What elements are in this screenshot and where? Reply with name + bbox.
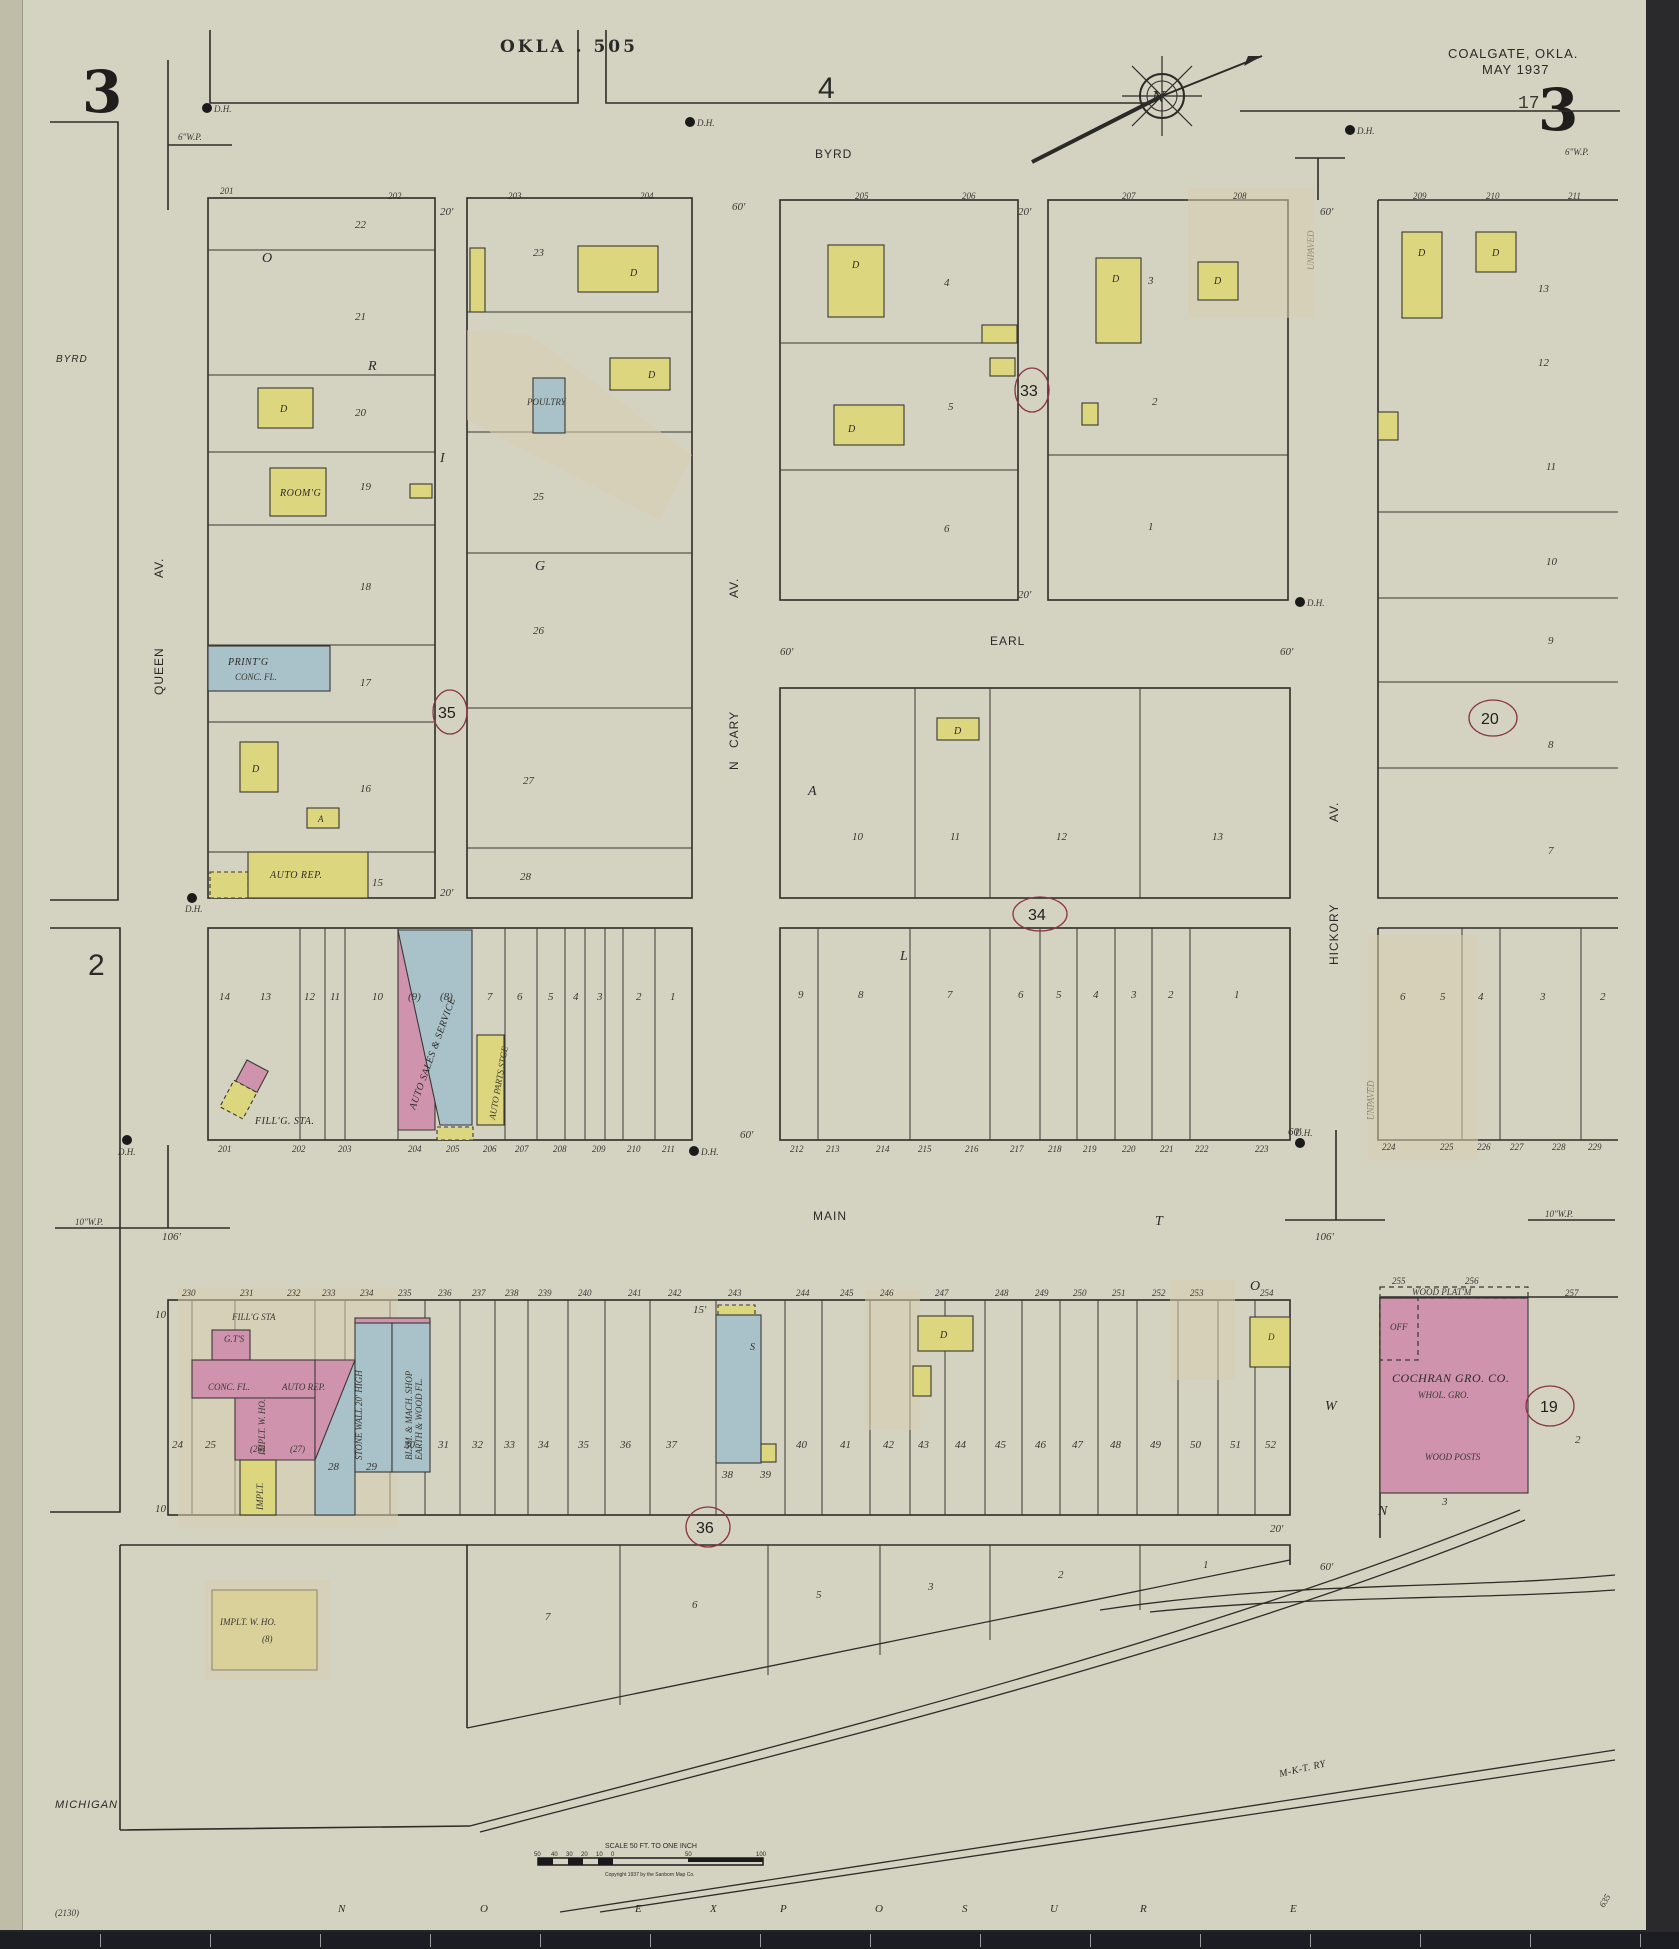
lot-52: 52 [1265,1439,1277,1451]
svg-text:60': 60' [1320,1561,1334,1573]
svg-text:30: 30 [566,1852,573,1858]
lot-1: 1 [1234,989,1240,1001]
street-michigan: MICHIGAN [55,1799,118,1811]
svg-text:252: 252 [1152,1288,1166,1298]
svg-text:34: 34 [1028,907,1046,924]
svg-text:N: N [1377,1504,1388,1519]
svg-text:234: 234 [360,1288,374,1298]
svg-text:20': 20' [440,206,454,218]
svg-text:L: L [899,949,908,964]
lot-28: 28 [520,871,532,883]
conc-floor-label: CONC. FL. [208,1382,250,1392]
svg-text:217: 217 [1010,1144,1024,1154]
svg-text:240: 240 [578,1288,592,1298]
svg-text:T: T [1155,1214,1164,1229]
water-pipe-label: 6"W.P. [178,132,202,142]
svg-text:238: 238 [505,1288,519,1298]
svg-text:201: 201 [220,186,234,196]
svg-text:232: 232 [287,1288,301,1298]
lot-49: 49 [1150,1439,1162,1451]
lot-31: 31 [437,1439,449,1451]
lot-11: 11 [950,831,960,843]
lot-2: 2 [1575,1434,1581,1446]
blacksmith-floor-label: EARTH & WOOD FL. [414,1379,424,1462]
lot-10: 10 [1546,556,1558,568]
svg-text:231: 231 [240,1288,254,1298]
svg-text:213: 213 [826,1144,840,1154]
street-main: MAIN [813,1209,847,1223]
dwelling-label: D [847,424,856,435]
svg-text:E: E [1289,1903,1297,1915]
svg-text:205: 205 [446,1144,460,1154]
lot-8: 8 [1548,739,1554,751]
fire-hydrant-icon: D.H. [1345,125,1375,136]
svg-text:227: 227 [1510,1142,1524,1152]
svg-text:249: 249 [1035,1288,1049,1298]
svg-text:W: W [1325,1399,1338,1414]
svg-text:60': 60' [732,201,746,213]
lot-5: 5 [948,401,954,413]
block-number-19: 19 [1526,1386,1574,1426]
street-cary: CARY [727,711,741,748]
svg-text:20': 20' [440,887,454,899]
svg-text:248: 248 [995,1288,1009,1298]
lot-2: 2 [1058,1569,1064,1581]
auto-rep-label-2: AUTO REP. [281,1382,325,1392]
lot-2: 2 [1152,396,1158,408]
corner-mark: 635 [1597,1892,1613,1909]
lot-24: 24 [172,1439,184,1451]
street-cary-av: AV. [727,578,741,598]
svg-text:206: 206 [483,1144,497,1154]
dwelling-label: D [1267,1332,1275,1342]
svg-text:212: 212 [790,1144,804,1154]
svg-text:228: 228 [1552,1142,1566,1152]
cochran-sub-label: WHOL. GRO. [1418,1390,1469,1400]
svg-text:60': 60' [1288,1126,1302,1138]
compass-rose-icon: N [1032,56,1262,162]
svg-text:R: R [1139,1903,1147,1915]
street-byrd: BYRD [815,147,852,161]
svg-text:O: O [262,251,273,266]
lot-4: 4 [1478,991,1484,1003]
svg-text:60': 60' [780,646,794,658]
dwelling-label: D [851,260,860,271]
svg-text:33: 33 [1020,383,1038,400]
lot-28: 28 [328,1461,340,1473]
no-exposure-lettering: N O E X P O S U R E [337,1903,1297,1915]
svg-text:106': 106' [162,1231,182,1243]
svg-text:50: 50 [534,1852,541,1858]
lot-2: 2 [636,991,642,1003]
lot-9: 9 [1548,635,1554,647]
svg-text:20: 20 [1481,711,1499,728]
svg-text:215: 215 [918,1144,932,1154]
lot-26-label: (26) [250,1444,265,1454]
block-19: OFF WOOD PLAT'M COCHRAN GRO. CO. WHOL. G… [1380,1287,1618,1538]
lot-7: 7 [947,989,953,1001]
svg-text:D.H.: D.H. [1306,598,1325,608]
svg-text:N: N [337,1903,346,1915]
auto-rep-label-1: AUTO REP. [269,870,322,881]
svg-text:222: 222 [1195,1144,1209,1154]
svg-text:50: 50 [685,1852,692,1858]
stone-wall-label: STONE WALL 20' HIGH [354,1370,364,1460]
lot-23: 23 [533,247,545,259]
svg-text:106': 106' [1315,1231,1335,1243]
lot-51: 51 [1230,1439,1241,1451]
svg-text:X: X [709,1903,718,1915]
svg-text:209: 209 [592,1144,606,1154]
lot-3: 3 [1130,989,1137,1001]
svg-text:235: 235 [398,1288,412,1298]
svg-text:207: 207 [1122,191,1136,201]
svg-text:226: 226 [1477,1142,1491,1152]
block-34-south: 9 8 7 6 5 4 3 2 1 [780,928,1290,1140]
svg-text:224: 224 [1382,1142,1396,1152]
lot-1: 1 [1148,521,1154,533]
lot-41: 41 [840,1439,851,1451]
block-number-36: 36 [686,1507,730,1547]
lot-6: 6 [1400,991,1406,1003]
svg-text:20': 20' [1018,206,1032,218]
plate-code: (2130) [55,1908,79,1918]
lot-26: 26 [533,625,545,637]
lot-48: 48 [1110,1439,1122,1451]
block-36: FILL'G STA G.T'S CONC. FL. AUTO REP. IMP… [168,1280,1290,1528]
lot-8: (8) [440,991,453,1003]
svg-text:223: 223 [1255,1144,1269,1154]
lot-25: 25 [533,491,545,503]
fire-hydrant-icon: D.H. [689,1146,719,1157]
lot-5: 5 [1056,989,1062,1001]
svg-text:100: 100 [756,1852,767,1858]
lot-18: 18 [360,581,372,593]
dwelling-label: D [629,268,638,279]
svg-text:207: 207 [515,1144,529,1154]
svg-text:P: P [779,1903,787,1915]
svg-text:242: 242 [668,1288,682,1298]
svg-text:60': 60' [740,1129,754,1141]
svg-text:60': 60' [1280,646,1294,658]
svg-text:203: 203 [338,1144,352,1154]
lot-13: 13 [260,991,272,1003]
fire-hydrant-icon: D.H. [202,103,232,114]
lot-15: 15 [372,877,384,889]
block-20: D D 13 12 11 10 9 8 7 [1378,200,1618,898]
lot-35: 35 [577,1439,590,1451]
lot-11: 11 [330,991,340,1003]
svg-text:218: 218 [1048,1144,1062,1154]
lot-13: 13 [1538,283,1550,295]
svg-text:237: 237 [472,1288,486,1298]
svg-text:O: O [480,1903,488,1915]
svg-text:229: 229 [1588,1142,1602,1152]
svg-text:20': 20' [1270,1523,1284,1535]
scale-bar: SCALE 50 FT. TO ONE INCH 50 40 30 20 10 … [534,1843,767,1878]
main-north-east-block: 6 5 4 3 2 [1368,928,1618,1160]
lot-7: 7 [545,1611,551,1623]
printing-building [208,646,330,691]
street-queen-av: AV. [152,558,166,578]
svg-text:246: 246 [880,1288,894,1298]
svg-text:10': 10' [155,1309,169,1321]
rooming-label: ROOM'G [279,488,321,499]
street-byrd-west: BYRD [56,354,88,365]
adjoining-sheet-2: 2 [88,949,105,982]
lot-13: 13 [1212,831,1224,843]
block-35: PRINT'G CONC. FL. D ROOM'G D A AUTO REP.… [208,198,692,898]
svg-text:255: 255 [1392,1276,1406,1286]
svg-text:219: 219 [1083,1144,1097,1154]
top-block-edge-mid [606,30,1150,103]
lot-2: 2 [1168,989,1174,1001]
lot-36: 36 [619,1439,632,1451]
svg-text:R: R [367,359,377,374]
dwelling-label: D [279,404,288,415]
fire-hydrant-icon: D.H. [685,117,715,128]
lot-6: 6 [944,523,950,535]
svg-text:250: 250 [1073,1288,1087,1298]
adjoining-sheet-4: 4 [818,72,835,105]
svg-text:D.H.: D.H. [1356,126,1375,136]
lot-45: 45 [995,1439,1007,1451]
lot-6: 6 [692,1599,698,1611]
block-number-35: 35 [433,690,467,734]
wood-platform-label: WOOD PLAT'M [1412,1287,1472,1297]
svg-text:D.H.: D.H. [184,904,203,914]
volume-stamp: OKLA . 505 [500,37,638,57]
lot-42: 42 [883,1439,895,1451]
left-block-edge-top [50,122,118,900]
lot-5: 5 [816,1589,822,1601]
lot-29: 29 [366,1461,378,1473]
street-hickory: HICKORY [1327,904,1341,965]
lot-12: 12 [304,991,316,1003]
lot-27: 27 [523,775,535,787]
map-date: MAY 1937 [1482,62,1550,77]
svg-text:205: 205 [855,191,869,201]
lot-8: 8 [858,989,864,1001]
svg-text:254: 254 [1260,1288,1274,1298]
lot-25: 25 [205,1439,217,1451]
dwelling-label: D [1491,248,1500,259]
lot-3: 3 [1147,275,1154,287]
svg-text:211: 211 [1568,191,1581,201]
lot-10: 10 [852,831,864,843]
svg-text:D.H.: D.H. [117,1147,136,1157]
lot-3: 3 [1441,1496,1448,1508]
lot-6: 6 [1018,989,1024,1001]
dwelling-label: D [1111,274,1120,285]
svg-text:0: 0 [611,1852,615,1858]
lot-16: 16 [360,783,372,795]
svg-text:236: 236 [438,1288,452,1298]
lot-40: 40 [796,1439,808,1451]
svg-text:230: 230 [182,1288,196,1298]
svg-text:233: 233 [322,1288,336,1298]
street-hickory-av: AV. [1327,802,1341,822]
svg-text:SCALE 50 FT. TO ONE INCH: SCALE 50 FT. TO ONE INCH [605,1843,697,1850]
lot-12: 12 [1538,357,1550,369]
implement-label: IMPLT. [255,1483,265,1511]
sanborn-map: 3 3 OKLA . 505 COALGATE, OKLA. MAY 1937 … [0,0,1679,1949]
lot-38: 38 [721,1469,734,1481]
svg-text:241: 241 [628,1288,642,1298]
svg-text:D.H.: D.H. [213,104,232,114]
lot-33: 33 [503,1439,516,1451]
lot-50: 50 [1190,1439,1202,1451]
store-label: S [750,1342,756,1353]
block-number-34: 34 [1013,897,1067,931]
fire-hydrant-icon: D.H. [184,893,203,914]
auto-garage-label: A [317,814,324,824]
water-pipe-label: 6"W.P. [1565,147,1589,157]
svg-text:10': 10' [155,1503,169,1515]
lot-17: 17 [360,677,372,689]
svg-text:D.H.: D.H. [696,118,715,128]
dwelling-label: D [939,1330,948,1341]
filling-station-label-2: FILL'G STA [231,1312,276,1322]
svg-text:20': 20' [1018,589,1032,601]
lot-5: 5 [1440,991,1446,1003]
svg-text:244: 244 [796,1288,810,1298]
svg-text:U: U [1050,1903,1059,1915]
svg-text:D.H.: D.H. [700,1147,719,1157]
printing-label: PRINT'G [227,657,269,668]
lot-11: 11 [1546,461,1556,473]
svg-text:208: 208 [553,1144,567,1154]
svg-text:243: 243 [728,1288,742,1298]
svg-text:A: A [807,784,817,799]
lot-21: 21 [355,311,366,323]
street-cary-n: N [727,760,741,770]
svg-text:210: 210 [627,1144,641,1154]
svg-text:204: 204 [640,191,654,201]
dwelling-label: D [1213,276,1222,287]
lot-3: 3 [1539,991,1546,1003]
lot-5: 5 [548,991,554,1003]
svg-text:35: 35 [438,705,456,722]
svg-text:253: 253 [1190,1288,1204,1298]
wood-posts-label: WOOD POSTS [1425,1452,1481,1462]
svg-text:202: 202 [292,1144,306,1154]
railway-label: M-K-T. RY [1277,1758,1328,1780]
svg-text:E: E [634,1903,642,1915]
gas-tanks-label: G.T'S [224,1334,245,1344]
water-pipe-label: 10"W.P. [1545,1209,1573,1219]
svg-text:208: 208 [1233,191,1247,201]
lot-12: 12 [1056,831,1068,843]
lot-27-label: (27) [290,1444,305,1454]
lot-37: 37 [665,1439,678,1451]
lot-43: 43 [918,1439,930,1451]
svg-text:G: G [535,559,546,574]
svg-text:211: 211 [662,1144,675,1154]
block-34-north: D 10 11 12 13 [780,688,1290,898]
lot-20: 20 [355,407,367,419]
lot-34: 34 [537,1439,550,1451]
svg-text:251: 251 [1112,1288,1126,1298]
svg-text:214: 214 [876,1144,890,1154]
svg-text:245: 245 [840,1288,854,1298]
printing-sub: CONC. FL. [235,672,277,682]
sheet-number-right: 3 [1538,76,1578,144]
railway-strip: IMPLT. W. HO. (8) 7 6 5 3 2 1 [120,1510,1615,1912]
dwelling-label: D [647,370,656,381]
svg-text:15': 15' [693,1304,707,1316]
lot-22: 22 [355,219,367,231]
svg-text:S: S [962,1903,968,1915]
svg-text:202: 202 [388,191,402,201]
svg-text:216: 216 [965,1144,979,1154]
lot-44: 44 [955,1439,967,1451]
sheet-number-left: 3 [82,58,122,126]
svg-text:209: 209 [1413,191,1427,201]
lot-1: 1 [670,991,676,1003]
svg-text:247: 247 [935,1288,949,1298]
svg-text:Copyright 1937 by the Sanborn: Copyright 1937 by the Sanborn Map Co. [605,1872,695,1878]
lot-30: 30 [403,1439,416,1451]
svg-text:201: 201 [218,1144,232,1154]
lot-39: 39 [759,1469,772,1481]
office-label: OFF [1390,1322,1408,1332]
svg-text:36: 36 [696,1520,714,1537]
lot-10: 10 [372,991,384,1003]
implement-warehouse-bottom-lot: (8) [262,1634,273,1644]
lot-4: 4 [944,277,950,289]
city-title: COALGATE, OKLA. [1448,46,1578,61]
main-north-west-block: AUTO SALES & SERVICE AUTO PARTS STGE FIL… [208,928,692,1140]
lot-3: 3 [596,991,603,1003]
svg-text:40: 40 [551,1852,558,1858]
dwelling-label: D [1417,248,1426,259]
lot-2: 2 [1600,991,1606,1003]
lot-1: 1 [1203,1559,1209,1571]
lot-9: (9) [408,991,421,1003]
svg-text:220: 220 [1122,1144,1136,1154]
dwelling-label: D [251,764,260,775]
svg-text:239: 239 [538,1288,552,1298]
street-earl: EARL [990,634,1025,648]
block-33: D D D D 4 5 6 3 2 1 [780,188,1314,600]
svg-text:19: 19 [1540,1399,1558,1416]
svg-text:20: 20 [581,1852,588,1858]
svg-text:203: 203 [508,191,522,201]
lot-6: 6 [517,991,523,1003]
svg-text:I: I [439,451,446,466]
lot-3: 3 [927,1581,934,1593]
svg-text:256: 256 [1465,1276,1479,1286]
svg-text:60': 60' [1320,206,1334,218]
lot-46: 46 [1035,1439,1047,1451]
lot-4: 4 [573,991,579,1003]
street-queen: QUEEN [152,647,166,695]
lot-14: 14 [219,991,231,1003]
lot-7: 7 [487,991,493,1003]
dwelling-label: D [953,726,962,737]
implement-warehouse-bottom-label: IMPLT. W. HO. [219,1617,276,1627]
lot-32: 32 [471,1439,484,1451]
lot-4: 4 [1093,989,1099,1001]
svg-text:O: O [875,1903,883,1915]
cochran-label: COCHRAN GRO. CO. [1392,1371,1509,1385]
filling-station-label: FILL'G. STA. [254,1116,314,1127]
svg-text:257: 257 [1565,1288,1579,1298]
svg-text:210: 210 [1486,191,1500,201]
lot-19: 19 [360,481,372,493]
water-pipe-label: 10"W.P. [75,1217,103,1227]
